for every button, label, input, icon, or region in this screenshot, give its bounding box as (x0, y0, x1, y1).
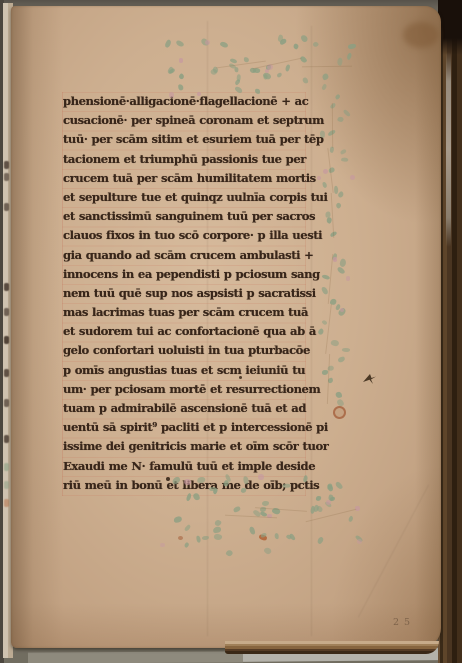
flower-motif (160, 543, 165, 548)
facing-page-text-fragment (4, 203, 9, 211)
leaf-motif (275, 533, 279, 539)
leaf-motif (320, 130, 325, 138)
text-line: mas lacrimas tuas per scām crucem tuā (63, 303, 305, 322)
facing-page-text-fragment (4, 463, 9, 471)
leaf-motif (327, 483, 334, 491)
leaf-motif (244, 476, 249, 484)
leaf-motif (186, 493, 193, 502)
leaf-motif (330, 339, 340, 348)
text-line: uentū sā spirit⁹ pacliti et p intercessi… (63, 418, 305, 437)
book-binding (438, 0, 462, 663)
leaf-motif (302, 475, 308, 483)
leaf-motif (197, 476, 205, 482)
leaf-motif (214, 519, 222, 527)
leaf-motif (196, 535, 201, 543)
facing-page-text-fragment (4, 283, 9, 291)
leaf-motif (284, 63, 291, 71)
facing-page-text-fragment (4, 499, 9, 507)
flower-motif (197, 92, 201, 96)
leaf-motif (213, 526, 222, 533)
leaf-motif (219, 40, 229, 48)
foliate-vine-right-margin (314, 103, 350, 238)
leaf-motif (178, 72, 185, 79)
red-ocher-ring (333, 406, 346, 419)
leaf-motif (337, 116, 344, 123)
leaf-motif (337, 266, 346, 275)
leaf-motif (171, 477, 181, 486)
leaf-motif (312, 41, 320, 49)
leaf-motif (299, 55, 307, 63)
leaf-motif (346, 52, 352, 60)
stem-line (332, 103, 333, 148)
leaf-motif (164, 39, 173, 49)
leaf-motif (178, 85, 183, 91)
flower-motif (357, 539, 362, 544)
flower-motif (169, 92, 174, 97)
leaf-motif (321, 318, 328, 325)
text-line: tuam p admirabilē ascensionē tuā et ad (63, 399, 305, 418)
table-surface-shade (28, 651, 243, 663)
corner-crease (358, 485, 429, 618)
leaf-motif (321, 83, 327, 90)
leaf-motif (225, 549, 234, 558)
flower-motif (326, 500, 331, 505)
leaf-motif (335, 481, 344, 490)
folio-number: 25 (393, 617, 415, 628)
parchment-page: phensionē·alligacionē·flagellacionē + ac… (11, 6, 441, 648)
leaf-motif (282, 484, 291, 488)
stem-line (330, 193, 334, 238)
leaf-motif (261, 532, 268, 537)
edge-stain (403, 22, 439, 48)
flower-motif (317, 176, 321, 180)
leaf-motif (174, 516, 183, 523)
leaf-motif (302, 77, 309, 85)
manuscript-photo: phensionē·alligacionē·flagellacionē + ac… (0, 0, 462, 663)
text-line: tuū· per scām sitim et esuriem tuā per t… (63, 130, 305, 149)
leaf-motif (175, 39, 184, 47)
leaf-motif (334, 202, 341, 209)
leaf-motif (315, 496, 321, 502)
flower-motif (179, 58, 183, 62)
leaf-motif (347, 516, 353, 523)
leaf-motif (342, 347, 350, 352)
text-line: nem tuū quē sup nos aspsisti p sacratiss… (63, 284, 305, 303)
leaf-motif (213, 532, 222, 540)
facing-page-text-fragment (4, 336, 9, 344)
leaf-motif (202, 536, 209, 540)
leaf-motif (184, 525, 192, 532)
stem-line (253, 58, 302, 70)
leaf-motif (340, 157, 348, 162)
text-line: clauos fixos in tuo scō corpore· p illa … (63, 226, 305, 245)
leaf-motif (321, 273, 330, 280)
flower-motif (265, 69, 270, 74)
ink-speck (239, 376, 242, 379)
stem-line (325, 304, 332, 354)
foliate-spray-top (151, 36, 351, 96)
leaf-motif (337, 356, 346, 363)
text-line: tacionem et triumphū passionis tue per (63, 150, 305, 169)
text-line: p omīs angustias tuas et scm ieiuniū tu (63, 361, 305, 380)
leaf-motif (169, 68, 176, 74)
leaf-motif (317, 327, 325, 335)
leaf-motif (335, 391, 342, 398)
leaf-motif (234, 85, 243, 94)
text-line: gia quando ad scām crucem ambulasti + (63, 246, 305, 265)
leaf-motif (255, 88, 260, 93)
leaf-motif (264, 546, 273, 555)
flower-motif (323, 169, 328, 174)
leaf-motif (316, 537, 324, 545)
flower-motif (333, 257, 337, 261)
leaf-motif (322, 182, 327, 188)
text-line: crucem tuā per scām humilitatem mortis (63, 169, 305, 188)
text-line: gelo confortari uoluisti in tua pturbacō… (63, 341, 305, 360)
leaf-motif (334, 94, 340, 100)
text-line: issime dei genitricis marie et oīm scōr … (63, 437, 305, 456)
flower-motif (346, 276, 350, 280)
flower-motif (258, 474, 264, 480)
leaf-motif (276, 73, 283, 79)
text-block: phensionē·alligacionē·flagellacionē + ac… (62, 92, 306, 496)
leaf-motif (340, 149, 347, 155)
facing-page-text-fragment (4, 173, 9, 181)
leaf-motif (337, 191, 345, 199)
facing-page-text-fragment (4, 308, 9, 316)
leaf-motif (248, 526, 255, 535)
text-line: um· per pciosam mortē et resurrectionem (63, 380, 305, 399)
facing-page-text-fragment (4, 161, 9, 169)
leaf-motif (244, 57, 250, 62)
leaf-motif (321, 73, 329, 81)
text-line: et sanctissimū sanguinem tuū per sacros (63, 207, 305, 226)
page-edge-stack (225, 641, 439, 654)
facing-page-text-fragment (4, 399, 9, 407)
flower-motif (350, 175, 355, 180)
leaf-motif (343, 109, 351, 117)
text-line: cusacionē· per spineā coronam et septrum (63, 111, 305, 130)
leaf-motif (241, 487, 248, 494)
leaf-motif (301, 35, 308, 43)
flower-motif (184, 479, 190, 485)
leaf-motif (292, 43, 299, 50)
text-line: et sepulture tue et quinqz uulnīa corpis… (63, 188, 305, 207)
stem-line (302, 66, 352, 68)
leaf-motif (347, 44, 355, 49)
foliate-vine-right-margin (312, 254, 346, 404)
facing-page-text-fragment (4, 481, 9, 489)
foliate-spray-bottom (153, 472, 361, 550)
leaf-motif (193, 493, 201, 502)
flower-motif (205, 40, 210, 45)
leaf-motif (235, 67, 239, 73)
text-line: et sudorem tui ac confortacionē qua ab ā (63, 322, 305, 341)
binding-top-shadow (438, 0, 462, 55)
fore-edge-highlight (446, 52, 451, 247)
leaf-motif (337, 57, 344, 66)
reader-nota-mark (361, 370, 378, 391)
leaf-motif (183, 542, 189, 549)
facing-page-text-fragment (4, 435, 9, 443)
leaf-motif (232, 506, 241, 513)
facing-page-text-fragment (4, 369, 9, 377)
text-line: innocens in ea pependisti p pciosum sang (63, 265, 305, 284)
